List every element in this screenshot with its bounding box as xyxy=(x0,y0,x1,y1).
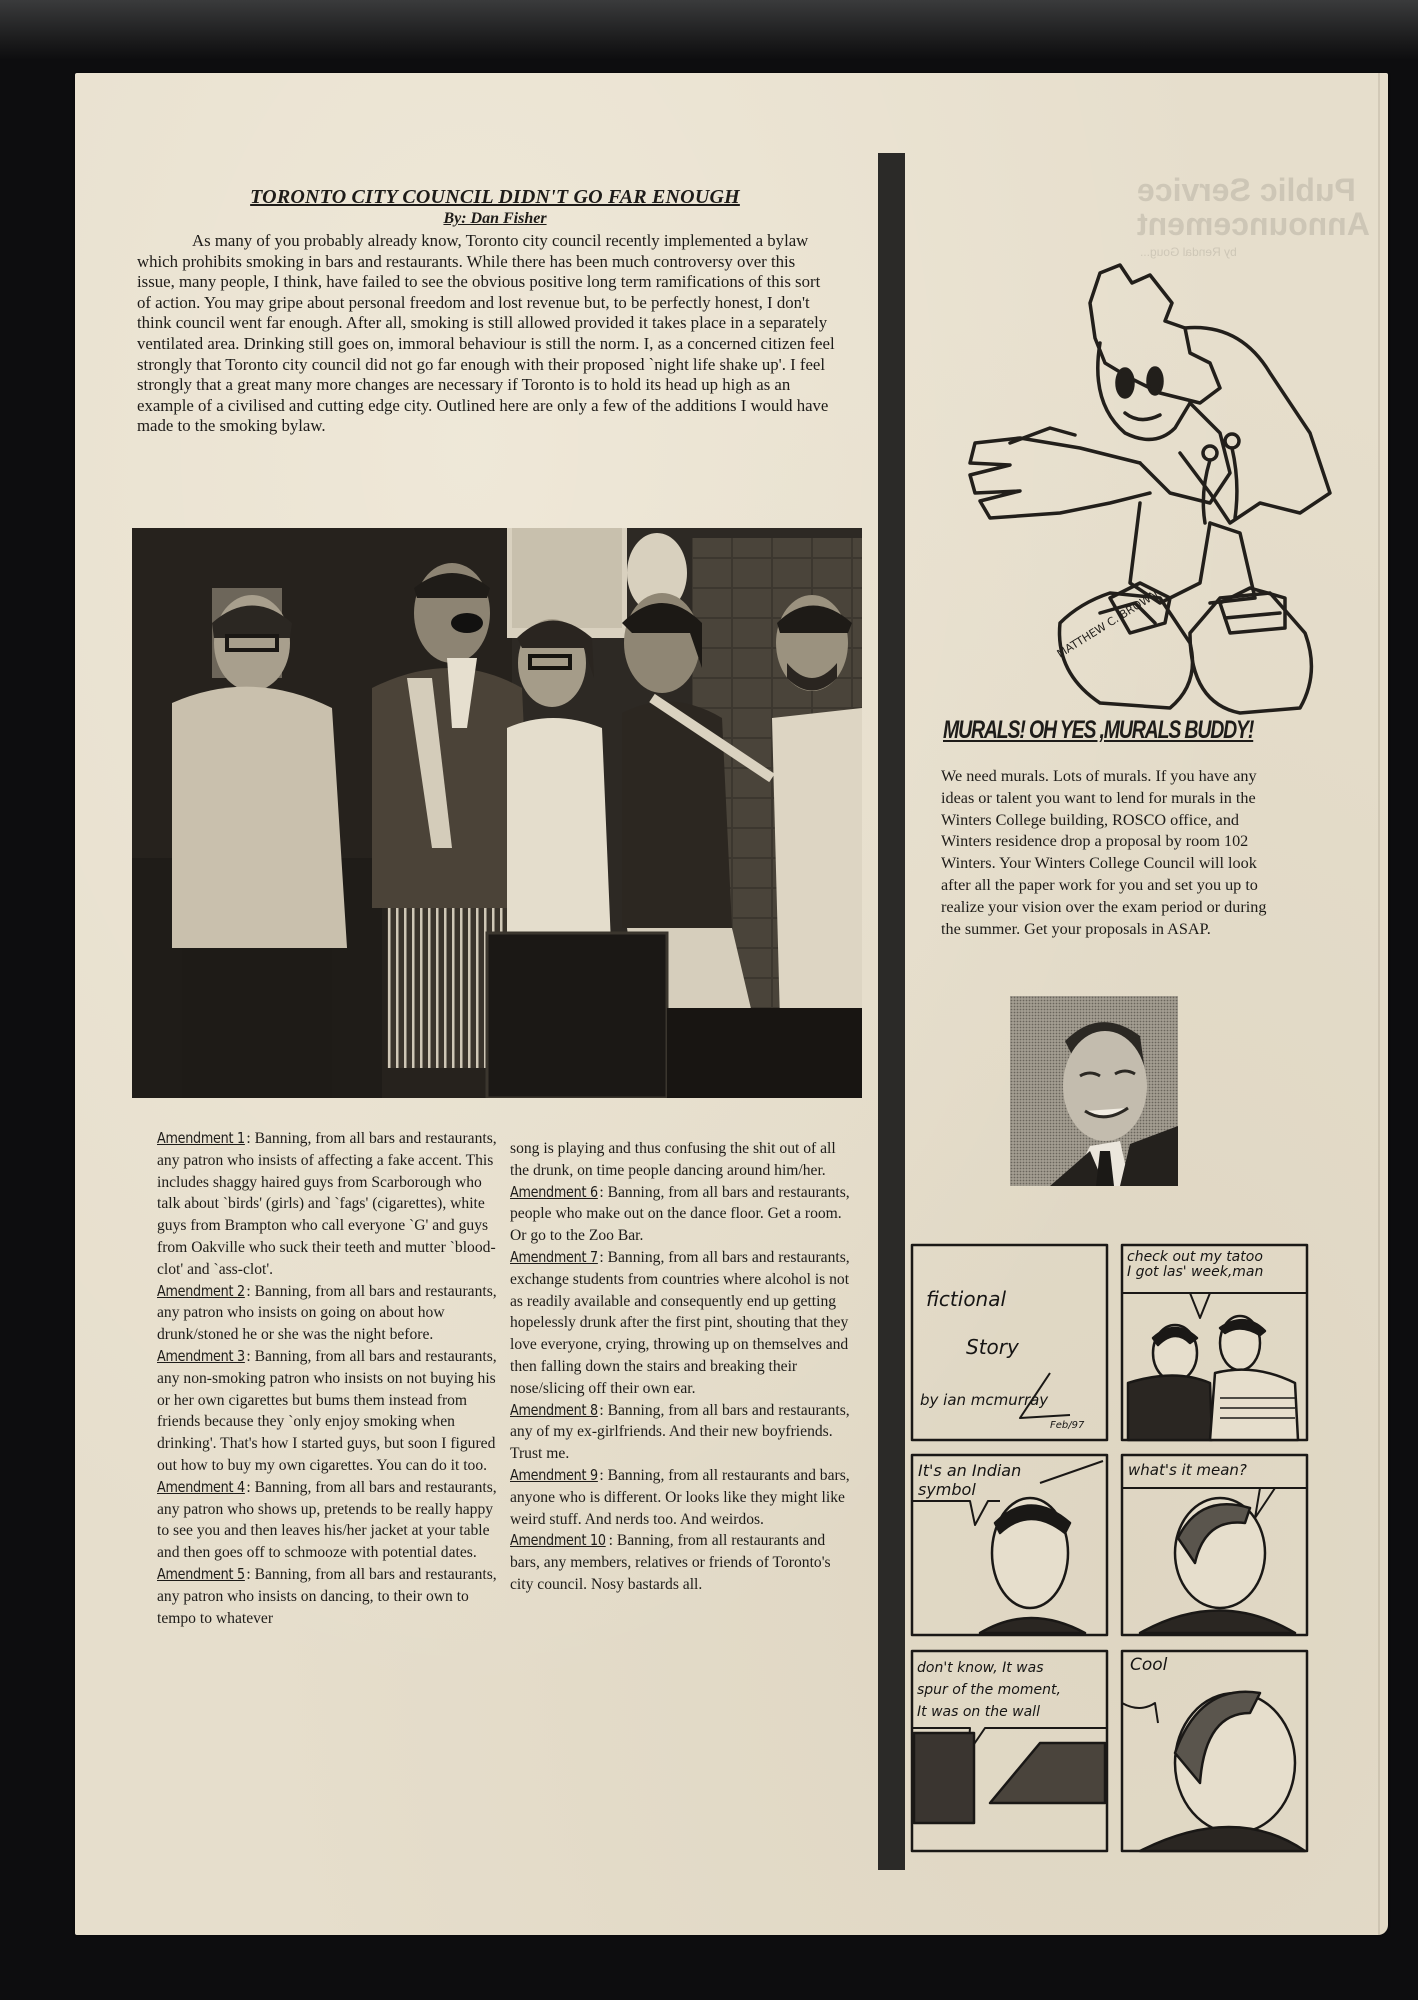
bar-scene-photo xyxy=(132,528,862,1098)
comic-strip: fictional Story by ian mcmurray Feb/97 c… xyxy=(900,1233,1390,1913)
scanner-edge xyxy=(0,0,1418,60)
comic-author: by ian mcmurray xyxy=(920,1393,1048,1408)
amendment-label: Amendment 3 xyxy=(157,1346,245,1368)
amendment-10: Amendment 10: Banning, from all restaura… xyxy=(510,1530,855,1595)
comic-panel-3-speech: It's an Indian symbol xyxy=(918,1461,1098,1499)
amendment-label: Amendment 2 xyxy=(157,1281,245,1303)
amendment-text: : Banning, from all bars and restaurants… xyxy=(510,1249,850,1397)
amendment-label: Amendment 10 xyxy=(510,1530,606,1552)
comic-panel-4-speech: what's it mean? xyxy=(1128,1463,1303,1478)
article-intro: As many of you probably already know, To… xyxy=(137,231,837,437)
amendment-label: Amendment 4 xyxy=(157,1477,245,1499)
amendment-9: Amendment 9: Banning, from all restauran… xyxy=(510,1465,855,1530)
amendment-1: Amendment 1: Banning, from all bars and … xyxy=(157,1128,497,1281)
amendment-3: Amendment 3: Banning, from all bars and … xyxy=(157,1346,497,1477)
murals-body: We need murals. Lots of murals. If you h… xyxy=(941,766,1281,940)
cartoon-boy-drawing: MATTHEW C. BROWN xyxy=(910,203,1370,743)
comic-panel-2-speech: check out my tatoo I got las' week,man xyxy=(1127,1250,1305,1280)
amendment-2: Amendment 2: Banning, from all bars and … xyxy=(157,1281,497,1346)
amendments-column-left: Amendment 1: Banning, from all bars and … xyxy=(157,1128,497,1629)
amendment-4: Amendment 4: Banning, from all bars and … xyxy=(157,1477,497,1564)
comic-panel-6-speech: Cool xyxy=(1130,1658,1167,1673)
mascot-signature: MATTHEW C. BROWN xyxy=(1055,588,1161,661)
mascot-illustration: MATTHEW C. BROWN xyxy=(910,203,1370,743)
amendment-label: Amendment 5 xyxy=(157,1564,245,1586)
article-photo xyxy=(132,528,862,1098)
article-byline: By: Dan Fisher xyxy=(185,210,805,228)
comic-title-line: Story xyxy=(926,1335,1019,1359)
comic-date: Feb/97 xyxy=(1050,1418,1084,1433)
amendment-text: : Banning, from all bars and restaurants… xyxy=(157,1130,497,1278)
article-headline: TORONTO CITY COUNCIL DIDN'T GO FAR ENOUG… xyxy=(185,186,805,209)
murals-headline: MURALS! OH YES ,MURALS BUDDY! xyxy=(943,716,1177,745)
amendment-7: Amendment 7: Banning, from all bars and … xyxy=(510,1247,855,1400)
amendment-5-continued: song is playing and thus confusing the s… xyxy=(510,1138,855,1182)
comic-panel-5-speech: don't know, It was spur of the moment, I… xyxy=(917,1657,1105,1723)
amendment-8: Amendment 8: Banning, from all bars and … xyxy=(510,1400,855,1465)
newspaper-page: Public Service Announcement by Rendal Go… xyxy=(75,73,1388,1935)
amendments-column-right: song is playing and thus confusing the s… xyxy=(510,1138,855,1596)
comic-title-line: fictional xyxy=(926,1287,1019,1311)
portrait-photo xyxy=(1010,996,1178,1186)
amendment-label: Amendment 9 xyxy=(510,1465,598,1487)
amendment-label: Amendment 7 xyxy=(510,1247,598,1269)
amendment-label: Amendment 1 xyxy=(157,1128,245,1150)
show-through-line: Public Service xyxy=(1137,173,1370,207)
amendment-5: Amendment 5: Banning, from all bars and … xyxy=(157,1564,497,1629)
portrait-halftone xyxy=(1010,996,1178,1186)
amendment-label: Amendment 6 xyxy=(510,1182,598,1204)
comic-title: fictional Story xyxy=(926,1263,1019,1383)
amendment-6: Amendment 6: Banning, from all bars and … xyxy=(510,1182,855,1247)
amendment-label: Amendment 8 xyxy=(510,1400,598,1422)
